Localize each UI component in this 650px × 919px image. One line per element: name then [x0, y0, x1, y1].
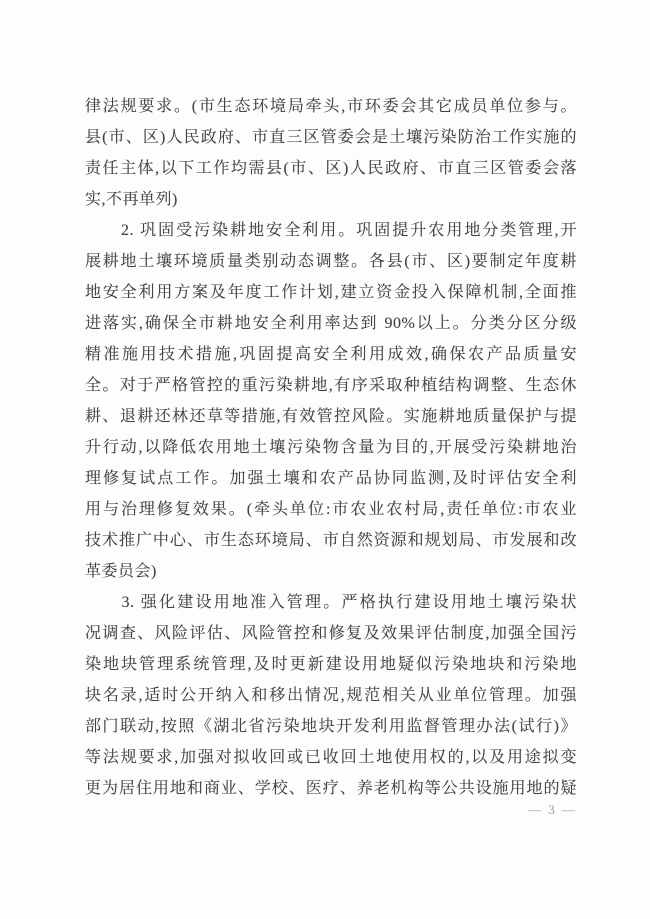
text-line: 用与治理修复效果。(牵头单位:市农业农村局,责任单位:市农业 — [85, 494, 577, 525]
text-line: 实,不再单列) — [85, 184, 577, 215]
text-line: 全。对于严格管控的重污染耕地,有序采取种植结构调整、生态休 — [85, 370, 577, 401]
text-line: 理修复试点工作。加强土壤和农产品协同监测,及时评估安全利 — [85, 463, 577, 494]
text-line: 革委员会) — [85, 556, 577, 587]
text-line: 更为居住用地和商业、学校、医疗、养老机构等公共设施用地的疑 — [85, 773, 577, 804]
text-line: 染地块管理系统管理,及时更新建设用地疑似污染地块和污染地 — [85, 649, 577, 680]
text-line: 律法规要求。(市生态环境局牵头,市环委会其它成员单位参与。 — [85, 91, 577, 122]
document-page: 律法规要求。(市生态环境局牵头,市环委会其它成员单位参与。 县(市、区)人民政府… — [0, 0, 650, 919]
text-line: 展耕地土壤环境质量类别动态调整。各县(市、区)要制定年度耕 — [85, 246, 577, 277]
text-line: 县(市、区)人民政府、市直三区管委会是土壤污染防治工作实施的 — [85, 122, 577, 153]
text-line: 精准施用技术措施,巩固提高安全利用成效,确保农产品质量安 — [85, 339, 577, 370]
text-line: 进落实,确保全市耕地安全利用率达到 90%以上。分类分区分级 — [85, 308, 577, 339]
text-line: 地安全利用方案及年度工作计划,建立资金投入保障机制,全面推 — [85, 277, 577, 308]
text-line-paragraph-2-start: 2. 巩固受污染耕地安全利用。巩固提升农用地分类管理,开 — [85, 215, 577, 246]
text-line: 等法规要求,加强对拟收回或已收回土地使用权的,以及用途拟变 — [85, 742, 577, 773]
text-line: 技术推广中心、市生态环境局、市自然资源和规划局、市发展和改 — [85, 525, 577, 556]
text-line: 部门联动,按照《湖北省污染地块开发利用监督管理办法(试行)》 — [85, 711, 577, 742]
text-line: 责任主体,以下工作均需县(市、区)人民政府、市直三区管委会落 — [85, 153, 577, 184]
text-line: 升行动,以降低农用地土壤污染物含量为目的,开展受污染耕地治 — [85, 432, 577, 463]
text-line: 块名录,适时公开纳入和移出情况,规范相关从业单位管理。加强 — [85, 680, 577, 711]
text-line: 况调查、风险评估、风险管控和修复及效果评估制度,加强全国污 — [85, 618, 577, 649]
page-number: — 3 — — [85, 801, 577, 819]
document-text-block: 律法规要求。(市生态环境局牵头,市环委会其它成员单位参与。 县(市、区)人民政府… — [85, 91, 577, 804]
text-line-paragraph-3-start: 3. 强化建设用地准入管理。严格执行建设用地土壤污染状 — [85, 587, 577, 618]
text-line: 耕、退耕还林还草等措施,有效管控风险。实施耕地质量保护与提 — [85, 401, 577, 432]
